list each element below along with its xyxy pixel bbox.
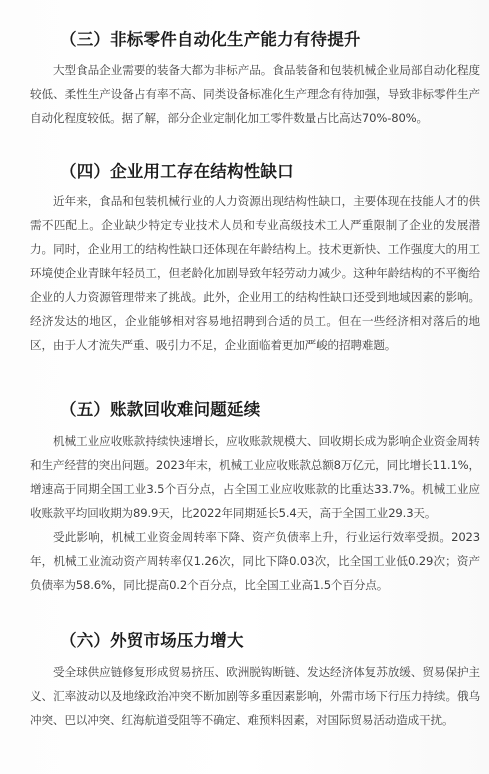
paragraph: 大型食品企业需要的装备大都为非标产品。食品装备和包装机械企业局部自动化程度较低、… <box>30 58 480 130</box>
paragraph: 受全球供应链修复形成贸易挤压、欧洲脱钩断链、发达经济体复苏放缓、贸易保护主义、汇… <box>30 660 480 732</box>
section-body-4: 近年来，食品和包装机械行业的人力资源出现结构性缺口，主要体现在技能人才的供需不匹… <box>30 189 480 357</box>
section-body-6: 受全球供应链修复形成贸易挤压、欧洲脱钩断链、发达经济体复苏放缓、贸易保护主义、汇… <box>30 660 480 732</box>
section-body-5: 机械工业应收账款持续快速增长，应收账款规模大、回收期长成为影响企业资金周转和生产… <box>30 429 480 597</box>
section-body-3: 大型食品企业需要的装备大都为非标产品。食品装备和包装机械企业局部自动化程度较低、… <box>30 58 480 130</box>
paragraph: 受此影响，机械工业资金周转率下降、资产负债率上升，行业运行效率受损。2023年，… <box>30 525 480 597</box>
paragraph: 机械工业应收账款持续快速增长，应收账款规模大、回收期长成为影响企业资金周转和生产… <box>30 429 480 525</box>
document-page: （三）非标零件自动化生产能力有待提升 大型食品企业需要的装备大都为非标产品。食品… <box>0 0 489 774</box>
section-heading-3: （三）非标零件自动化生产能力有待提升 <box>60 30 361 50</box>
section-heading-5: （五）账款回收难问题延续 <box>60 400 260 420</box>
section-heading-6: （六）外贸市场压力增大 <box>60 631 244 651</box>
section-heading-4: （四）企业用工存在结构性缺口 <box>60 162 294 182</box>
paragraph: 近年来，食品和包装机械行业的人力资源出现结构性缺口，主要体现在技能人才的供需不匹… <box>30 189 480 357</box>
